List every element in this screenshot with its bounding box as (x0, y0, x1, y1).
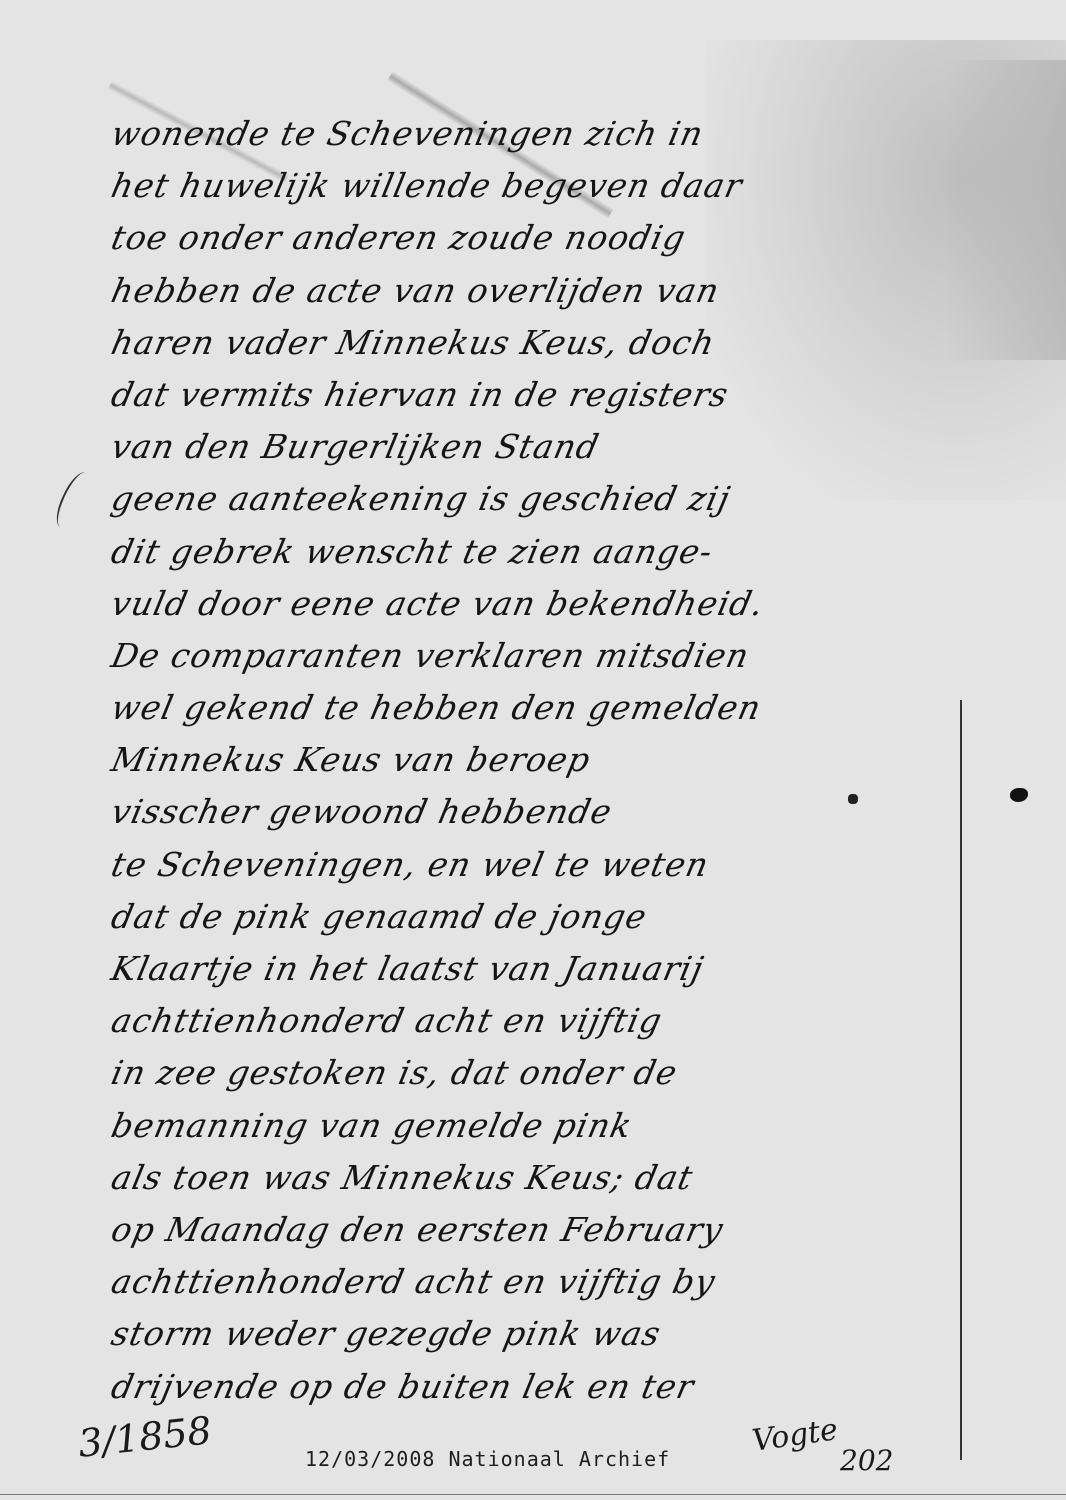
handwritten-line: te Scheveningen, en wel te weten (106, 839, 917, 891)
ink-blot (1010, 788, 1028, 802)
signature: Vogte (750, 1412, 840, 1459)
margin-pen-stroke (50, 468, 95, 532)
archive-stamp: 12/03/2008 Nationaal Archief (305, 1447, 670, 1471)
handwritten-line: dat de pink genaamd de jonge (106, 891, 917, 943)
handwritten-line: visscher gewoond hebbende (106, 786, 917, 838)
handwritten-line: toe onder anderen zoude noodig (106, 212, 917, 264)
handwritten-line: Minnekus Keus van beroep (106, 734, 917, 786)
page-number: 202 (840, 1444, 893, 1477)
handwritten-text-body: wonende te Scheveningen zich in het huwe… (112, 108, 912, 1413)
handwritten-line: haren vader Minnekus Keus, doch (106, 317, 917, 369)
page-bottom-edge (0, 1494, 1066, 1495)
handwritten-line: wel gekend te hebben den gemelden (106, 682, 917, 734)
handwritten-line: bemanning van gemelde pink (106, 1100, 917, 1152)
handwritten-line: geene aanteekening is geschied zij (106, 473, 917, 525)
handwritten-line: storm weder gezegde pink was (106, 1308, 917, 1360)
page-edge-line (960, 700, 962, 1460)
handwritten-line: achttienhonderd acht en vijftig by (106, 1256, 917, 1308)
handwritten-line: Klaartje in het laatst van Januarij (106, 943, 917, 995)
margin-reference-number: 3/1858 (76, 1408, 214, 1466)
handwritten-line: De comparanten verklaren mitsdien (106, 630, 917, 682)
handwritten-line: drijvende op de buiten lek en ter (106, 1361, 917, 1413)
handwritten-line: op Maandag den eersten February (106, 1204, 917, 1256)
handwritten-line: vuld door eene acte van bekendheid. (106, 578, 917, 630)
handwritten-line: als toen was Minnekus Keus; dat (106, 1152, 917, 1204)
handwritten-line: dit gebrek wenscht te zien aange- (106, 526, 917, 578)
handwritten-line: in zee gestoken is, dat onder de (106, 1047, 917, 1099)
handwritten-line: het huwelijk willende begeven daar (106, 160, 917, 212)
scan-edge-shadow (946, 60, 1066, 360)
handwritten-line: wonende te Scheveningen zich in (106, 108, 917, 160)
scanned-document-page: wonende te Scheveningen zich in het huwe… (0, 0, 1066, 1500)
handwritten-line: achttienhonderd acht en vijftig (106, 995, 917, 1047)
handwritten-line: van den Burgerlijken Stand (106, 421, 917, 473)
handwritten-line: hebben de acte van overlijden van (106, 265, 917, 317)
handwritten-line: dat vermits hiervan in de registers (106, 369, 917, 421)
